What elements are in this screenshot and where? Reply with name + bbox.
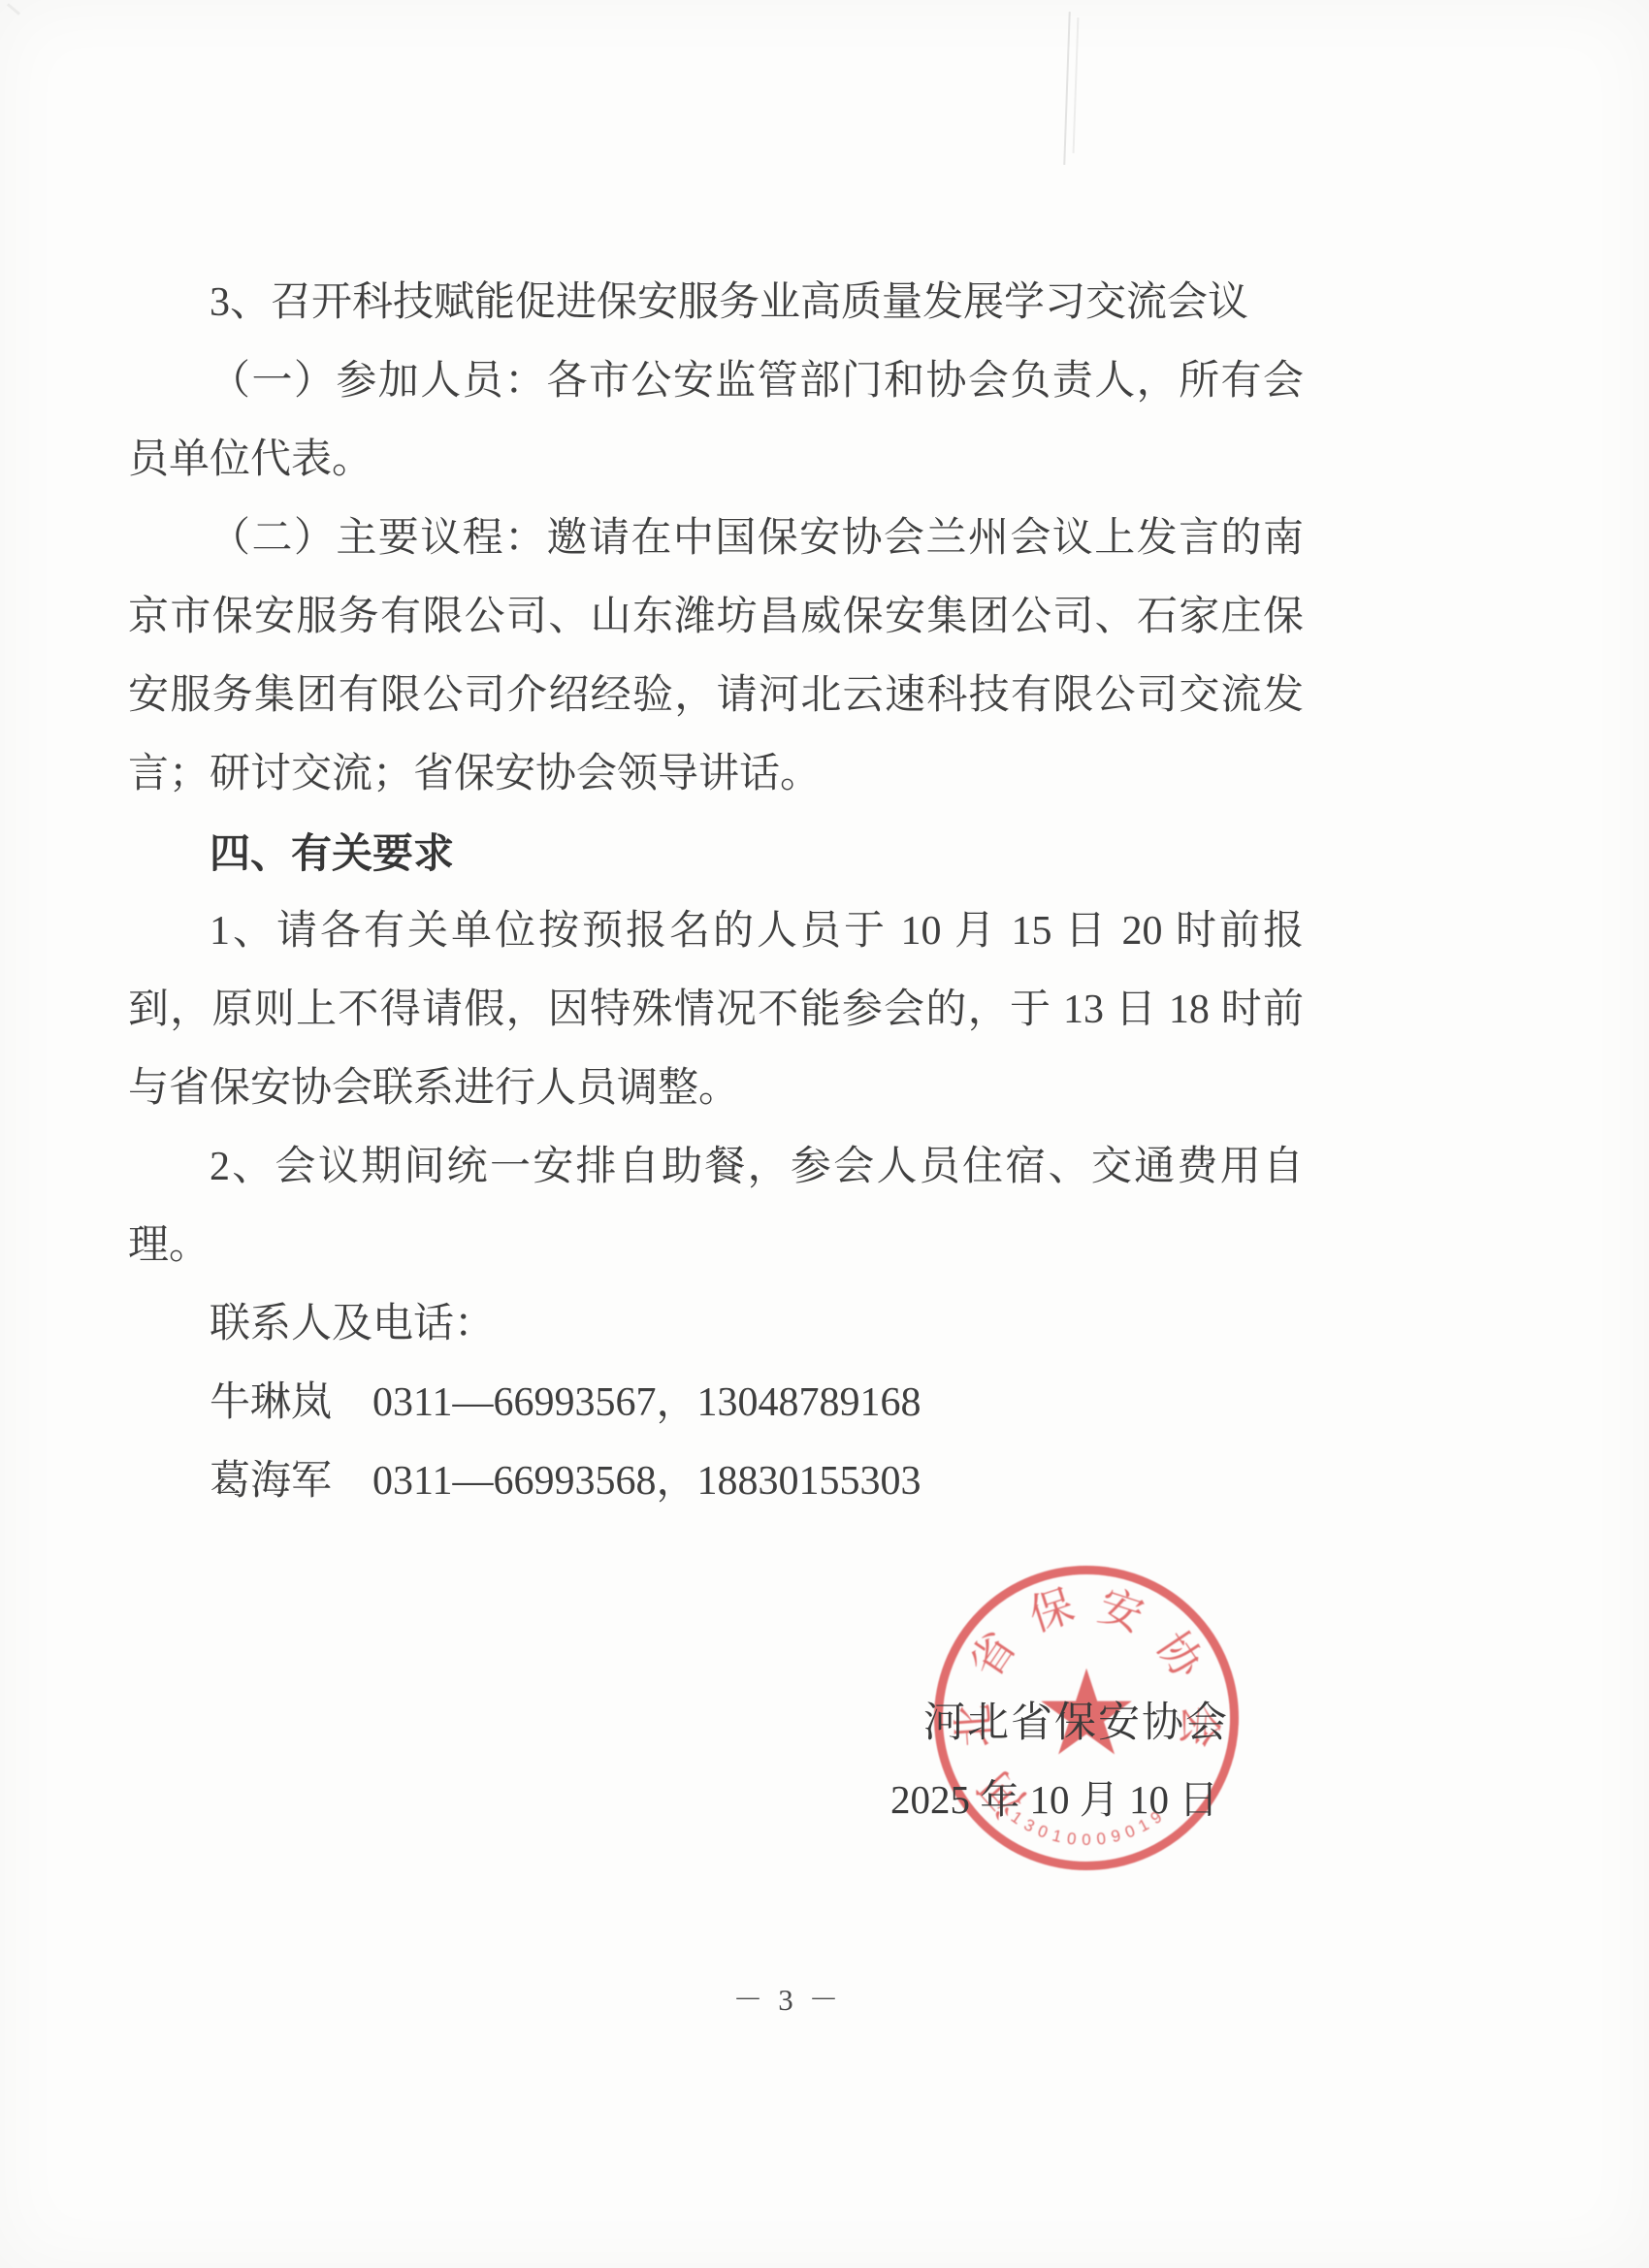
paragraph: 葛海军 0311—66993568，18830155303 [128, 1442, 1304, 1521]
scan-artifact [7, 3, 20, 16]
paragraph: （一）参加人员：各市公安监管部门和协会负责人，所有会员单位代表。 [128, 342, 1304, 500]
paragraph: 牛琳岚 0311—66993567，13048789168 [128, 1364, 1304, 1442]
seal-ring-char: 协 [1146, 1621, 1212, 1688]
scan-artifact [1063, 12, 1071, 165]
paragraph: （二）主要议程：邀请在中国保安协会兰州会议上发言的南京市保安服务有限公司、山东潍… [128, 500, 1304, 814]
signature-date: 2025 年 10 月 10 日 [890, 1767, 1218, 1825]
paragraph: 四、有关要求 [128, 814, 1304, 892]
paragraph: 2、会议期间统一安排自助餐，参会人员住宿、交通费用自理。 [128, 1128, 1304, 1285]
page-number: － 3 － [733, 1975, 843, 2019]
scan-artifact [1073, 17, 1080, 153]
seal-ring-char: 省 [959, 1621, 1026, 1688]
document-body: 3、召开科技赋能促进保安服务业高质量发展学习交流会议（一）参加人员：各市公安监管… [128, 264, 1304, 1521]
paragraph: 联系人及电话： [128, 1285, 1304, 1364]
document-page: 3、召开科技赋能促进保安服务业高质量发展学习交流会议（一）参加人员：各市公安监管… [0, 0, 1649, 2268]
paragraph: 1、请各有关单位按预报名的人员于 10 月 15 日 20 时前报到，原则上不得… [128, 892, 1304, 1128]
signature-organization: 河北省保安协会 [923, 1690, 1229, 1749]
seal-ring-char: 安 [1090, 1580, 1151, 1641]
seal-ring-char: 保 [1021, 1580, 1083, 1641]
paragraph: 3、召开科技赋能促进保安服务业高质量发展学习交流会议 [128, 264, 1304, 342]
